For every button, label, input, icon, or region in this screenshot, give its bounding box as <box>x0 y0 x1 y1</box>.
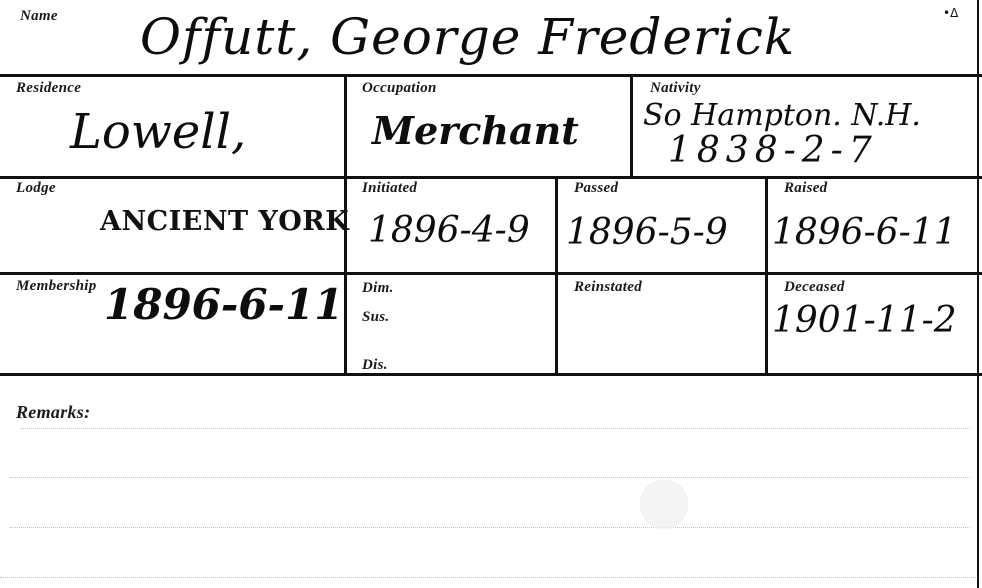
occupation-value: Merchant <box>372 108 579 153</box>
divider-residence-occupation <box>344 75 347 176</box>
remarks-rule <box>20 428 970 430</box>
divider-passed-raised <box>765 177 768 373</box>
lodge-value: ANCIENT YORK <box>100 206 349 237</box>
deceased-label: Deceased <box>784 279 845 296</box>
nativity-date: 1838-2-7 <box>668 130 878 171</box>
nativity-place: So Hampton. N.H. <box>643 98 921 133</box>
dis-label: Dis. <box>362 357 388 374</box>
dim-label: Dim. <box>362 280 394 297</box>
passed-value: 1896-5-9 <box>566 212 728 253</box>
lodge-label: Lodge <box>16 180 56 197</box>
residence-value: Lowell, <box>70 104 246 160</box>
raised-label: Raised <box>784 180 827 197</box>
divider-row2-bottom <box>0 176 982 179</box>
sus-label: Sus. <box>362 309 389 326</box>
initiated-label: Initiated <box>362 180 417 197</box>
residence-label: Residence <box>16 80 81 97</box>
reinstated-label: Reinstated <box>574 279 642 296</box>
divider-occupation-nativity <box>630 75 633 176</box>
nativity-label: Nativity <box>650 80 701 97</box>
membership-label: Membership <box>16 278 97 295</box>
initiated-value: 1896-4-9 <box>368 210 530 251</box>
membership-index-card: •Δ Name Offutt, George Frederick Residen… <box>0 0 982 588</box>
name-value: Offutt, George Frederick <box>140 8 795 66</box>
divider-name-bottom <box>0 74 982 77</box>
divider-row3-bottom <box>0 272 982 275</box>
scan-watermark <box>640 480 688 530</box>
deceased-value: 1901-11-2 <box>772 300 957 341</box>
remarks-rule <box>10 477 970 479</box>
occupation-label: Occupation <box>362 80 437 97</box>
remarks-rule <box>0 577 978 579</box>
name-label: Name <box>20 8 58 25</box>
card-right-edge <box>977 0 979 588</box>
membership-value: 1896-6-11 <box>104 280 343 329</box>
remarks-rule <box>10 527 970 529</box>
raised-value: 1896-6-11 <box>772 212 957 253</box>
passed-label: Passed <box>574 180 618 197</box>
divider-row4-bottom <box>0 373 982 376</box>
remarks-label: Remarks: <box>16 402 90 423</box>
corner-triangle-marker: •Δ <box>943 6 958 20</box>
divider-initiated-passed <box>555 177 558 373</box>
